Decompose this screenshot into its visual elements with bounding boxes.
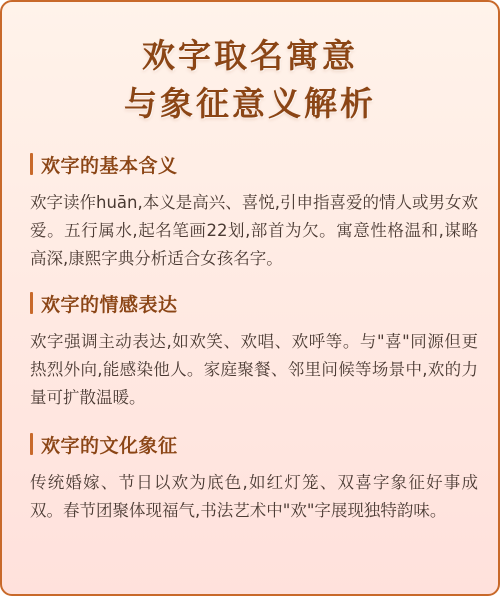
section-heading-text: 欢字的情感表达 [41,290,178,317]
info-card: 欢字取名寓意 与象征意义解析 欢字的基本含义 欢字读作huān,本义是高兴、喜悦… [0,0,500,596]
section-heading: 欢字的基本含义 [30,149,478,179]
section-body-text: 欢字强调主动表达,如欢笑、欢唱、欢呼等。与"喜"同源但更热烈外向,能感染他人。家… [30,328,478,412]
title-line-2: 与象征意义解析 [2,80,498,128]
section-heading: 欢字的情感表达 [30,288,478,318]
section-body-text: 传统婚嫁、节日以欢为底色,如红灯笼、双喜字象征好事成双。春节团聚体现福气,书法艺… [30,469,478,525]
section-basic-meaning: 欢字的基本含义 欢字读作huān,本义是高兴、喜悦,引申指喜爱的情人或男女欢爱。… [30,149,478,273]
page-title: 欢字取名寓意 与象征意义解析 [2,32,498,128]
heading-accent-bar [30,153,33,175]
title-line-1: 欢字取名寓意 [2,32,498,80]
section-body-text: 欢字读作huān,本义是高兴、喜悦,引申指喜爱的情人或男女欢爱。五行属水,起名笔… [30,189,478,273]
section-heading-text: 欢字的文化象征 [41,431,178,458]
heading-accent-bar [30,292,33,314]
section-heading: 欢字的文化象征 [30,429,478,459]
section-heading-text: 欢字的基本含义 [41,151,178,178]
heading-accent-bar [30,433,33,455]
section-cultural-symbolism: 欢字的文化象征 传统婚嫁、节日以欢为底色,如红灯笼、双喜字象征好事成双。春节团聚… [30,429,478,525]
section-emotional-expression: 欢字的情感表达 欢字强调主动表达,如欢笑、欢唱、欢呼等。与"喜"同源但更热烈外向… [30,288,478,412]
